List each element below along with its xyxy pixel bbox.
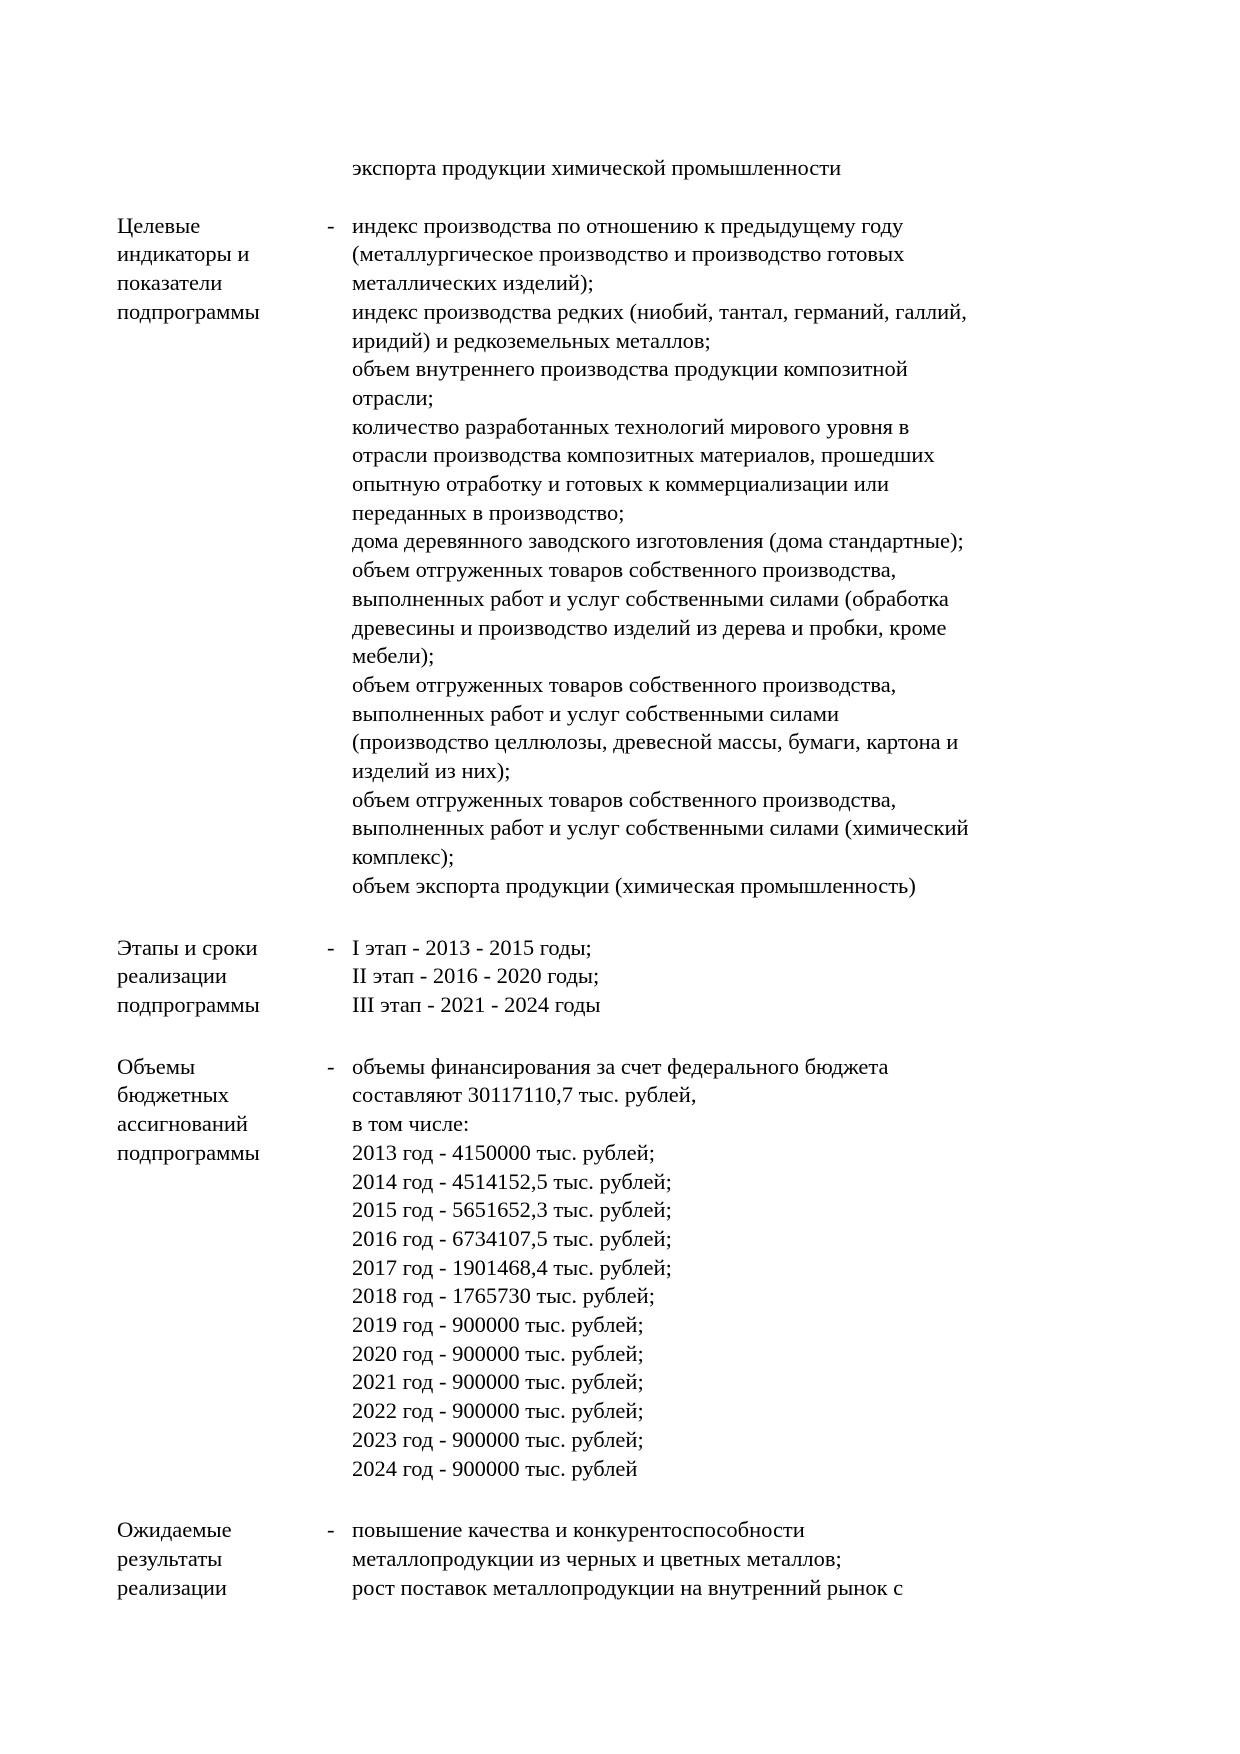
text-line: в том числе:	[352, 1110, 1077, 1139]
text-line: объем отгруженных товаров собственного п…	[352, 671, 1077, 700]
row-dash: -	[317, 934, 352, 963]
label-line: реализации	[117, 962, 317, 991]
continuation-row: экспорта продукции химической промышленн…	[117, 154, 1077, 183]
text-line: индекс производства по отношению к преды…	[352, 212, 1077, 241]
label-line: индикаторы и	[117, 240, 317, 269]
row-value: повышение качества и конкурентоспособнос…	[352, 1516, 1077, 1602]
row-label: Этапы и сроки реализации подпрограммы	[117, 934, 317, 1020]
label-line: ассигнований	[117, 1110, 317, 1139]
label-line: Ожидаемые	[117, 1516, 317, 1545]
section-stages: Этапы и сроки реализации подпрограммы - …	[117, 934, 1077, 1020]
label-line: Целевые	[117, 212, 317, 241]
label-line: результаты	[117, 1545, 317, 1574]
text-line: II этап - 2016 - 2020 годы;	[352, 962, 1077, 991]
text-line: индекс производства редких (ниобий, тант…	[352, 298, 1077, 327]
text-line: объем внутреннего производства продукции…	[352, 355, 1077, 384]
text-line: 2018 год - 1765730 тыс. рублей;	[352, 1282, 1077, 1311]
text-line: I этап - 2013 - 2015 годы;	[352, 934, 1077, 963]
text-line: 2017 год - 1901468,4 тыс. рублей;	[352, 1254, 1077, 1283]
section-budget: Объемы бюджетных ассигнований подпрограм…	[117, 1053, 1077, 1484]
text-line: объем отгруженных товаров собственного п…	[352, 786, 1077, 815]
text-line: рост поставок металлопродукции на внутре…	[352, 1574, 1077, 1603]
text-line: 2016 год - 6734107,5 тыс. рублей;	[352, 1225, 1077, 1254]
text-line: повышение качества и конкурентоспособнос…	[352, 1516, 1077, 1545]
passport-table: экспорта продукции химической промышленн…	[117, 154, 1077, 1602]
text-line: (металлургическое производство и произво…	[352, 240, 1077, 269]
text-line: отрасли производства композитных материа…	[352, 441, 1077, 470]
text-line: металлических изделий);	[352, 269, 1077, 298]
text-line: выполненных работ и услуг собственными с…	[352, 585, 1077, 614]
label-line: подпрограммы	[117, 1139, 317, 1168]
text-line: отрасли;	[352, 384, 1077, 413]
text-line: мебели);	[352, 642, 1077, 671]
text-line: дома деревянного заводского изготовления…	[352, 527, 1077, 556]
row-dash: -	[317, 1053, 352, 1082]
row-value: объемы финансирования за счет федерально…	[352, 1053, 1077, 1484]
text-line: 2020 год - 900000 тыс. рублей;	[352, 1340, 1077, 1369]
text-line: иридий) и редкоземельных металлов;	[352, 327, 1077, 356]
row-dash: -	[317, 1516, 352, 1545]
row-dash: -	[317, 212, 352, 241]
text-line: металлопродукции из черных и цветных мет…	[352, 1545, 1077, 1574]
label-line: Этапы и сроки	[117, 934, 317, 963]
text-line: (производство целлюлозы, древесной массы…	[352, 728, 1077, 757]
text-line: комплекс);	[352, 843, 1077, 872]
text-line: 2024 год - 900000 тыс. рублей	[352, 1455, 1077, 1484]
text-line: III этап - 2021 - 2024 годы	[352, 991, 1077, 1020]
row-label: Целевые индикаторы и показатели подпрогр…	[117, 212, 317, 327]
text-line: древесины и производство изделий из дере…	[352, 614, 1077, 643]
row-label: Ожидаемые результаты реализации	[117, 1516, 317, 1602]
section-expected-results: Ожидаемые результаты реализации - повыше…	[117, 1516, 1077, 1602]
text-line: объем отгруженных товаров собственного п…	[352, 556, 1077, 585]
label-line: бюджетных	[117, 1081, 317, 1110]
text-line: объемы финансирования за счет федерально…	[352, 1053, 1077, 1082]
text-line: переданных в производство;	[352, 499, 1077, 528]
text-line: выполненных работ и услуг собственными с…	[352, 814, 1077, 843]
label-line: подпрограммы	[117, 991, 317, 1020]
label-line: подпрограммы	[117, 298, 317, 327]
section-target-indicators: Целевые индикаторы и показатели подпрогр…	[117, 212, 1077, 901]
text-line: 2015 год - 5651652,3 тыс. рублей;	[352, 1196, 1077, 1225]
text-line: 2013 год - 4150000 тыс. рублей;	[352, 1139, 1077, 1168]
text-line: 2023 год - 900000 тыс. рублей;	[352, 1426, 1077, 1455]
text-line: экспорта продукции химической промышленн…	[352, 154, 1077, 183]
text-line: объем экспорта продукции (химическая про…	[352, 872, 1077, 901]
text-line: выполненных работ и услуг собственными с…	[352, 700, 1077, 729]
text-line: количество разработанных технологий миро…	[352, 413, 1077, 442]
label-line: показатели	[117, 269, 317, 298]
document-page: экспорта продукции химической промышленн…	[0, 0, 1240, 1754]
text-line: 2021 год - 900000 тыс. рублей;	[352, 1368, 1077, 1397]
text-line: 2022 год - 900000 тыс. рублей;	[352, 1397, 1077, 1426]
text-line: 2014 год - 4514152,5 тыс. рублей;	[352, 1168, 1077, 1197]
text-line: составляют 30117110,7 тыс. рублей,	[352, 1081, 1077, 1110]
text-line: изделий из них);	[352, 757, 1077, 786]
text-line: опытную отработку и готовых к коммерциал…	[352, 470, 1077, 499]
text-line: 2019 год - 900000 тыс. рублей;	[352, 1311, 1077, 1340]
label-line: реализации	[117, 1574, 317, 1603]
label-line: Объемы	[117, 1053, 317, 1082]
row-value: I этап - 2013 - 2015 годы;II этап - 2016…	[352, 934, 1077, 1020]
row-label: Объемы бюджетных ассигнований подпрограм…	[117, 1053, 317, 1168]
row-value: индекс производства по отношению к преды…	[352, 212, 1077, 901]
row-value: экспорта продукции химической промышленн…	[352, 154, 1077, 183]
